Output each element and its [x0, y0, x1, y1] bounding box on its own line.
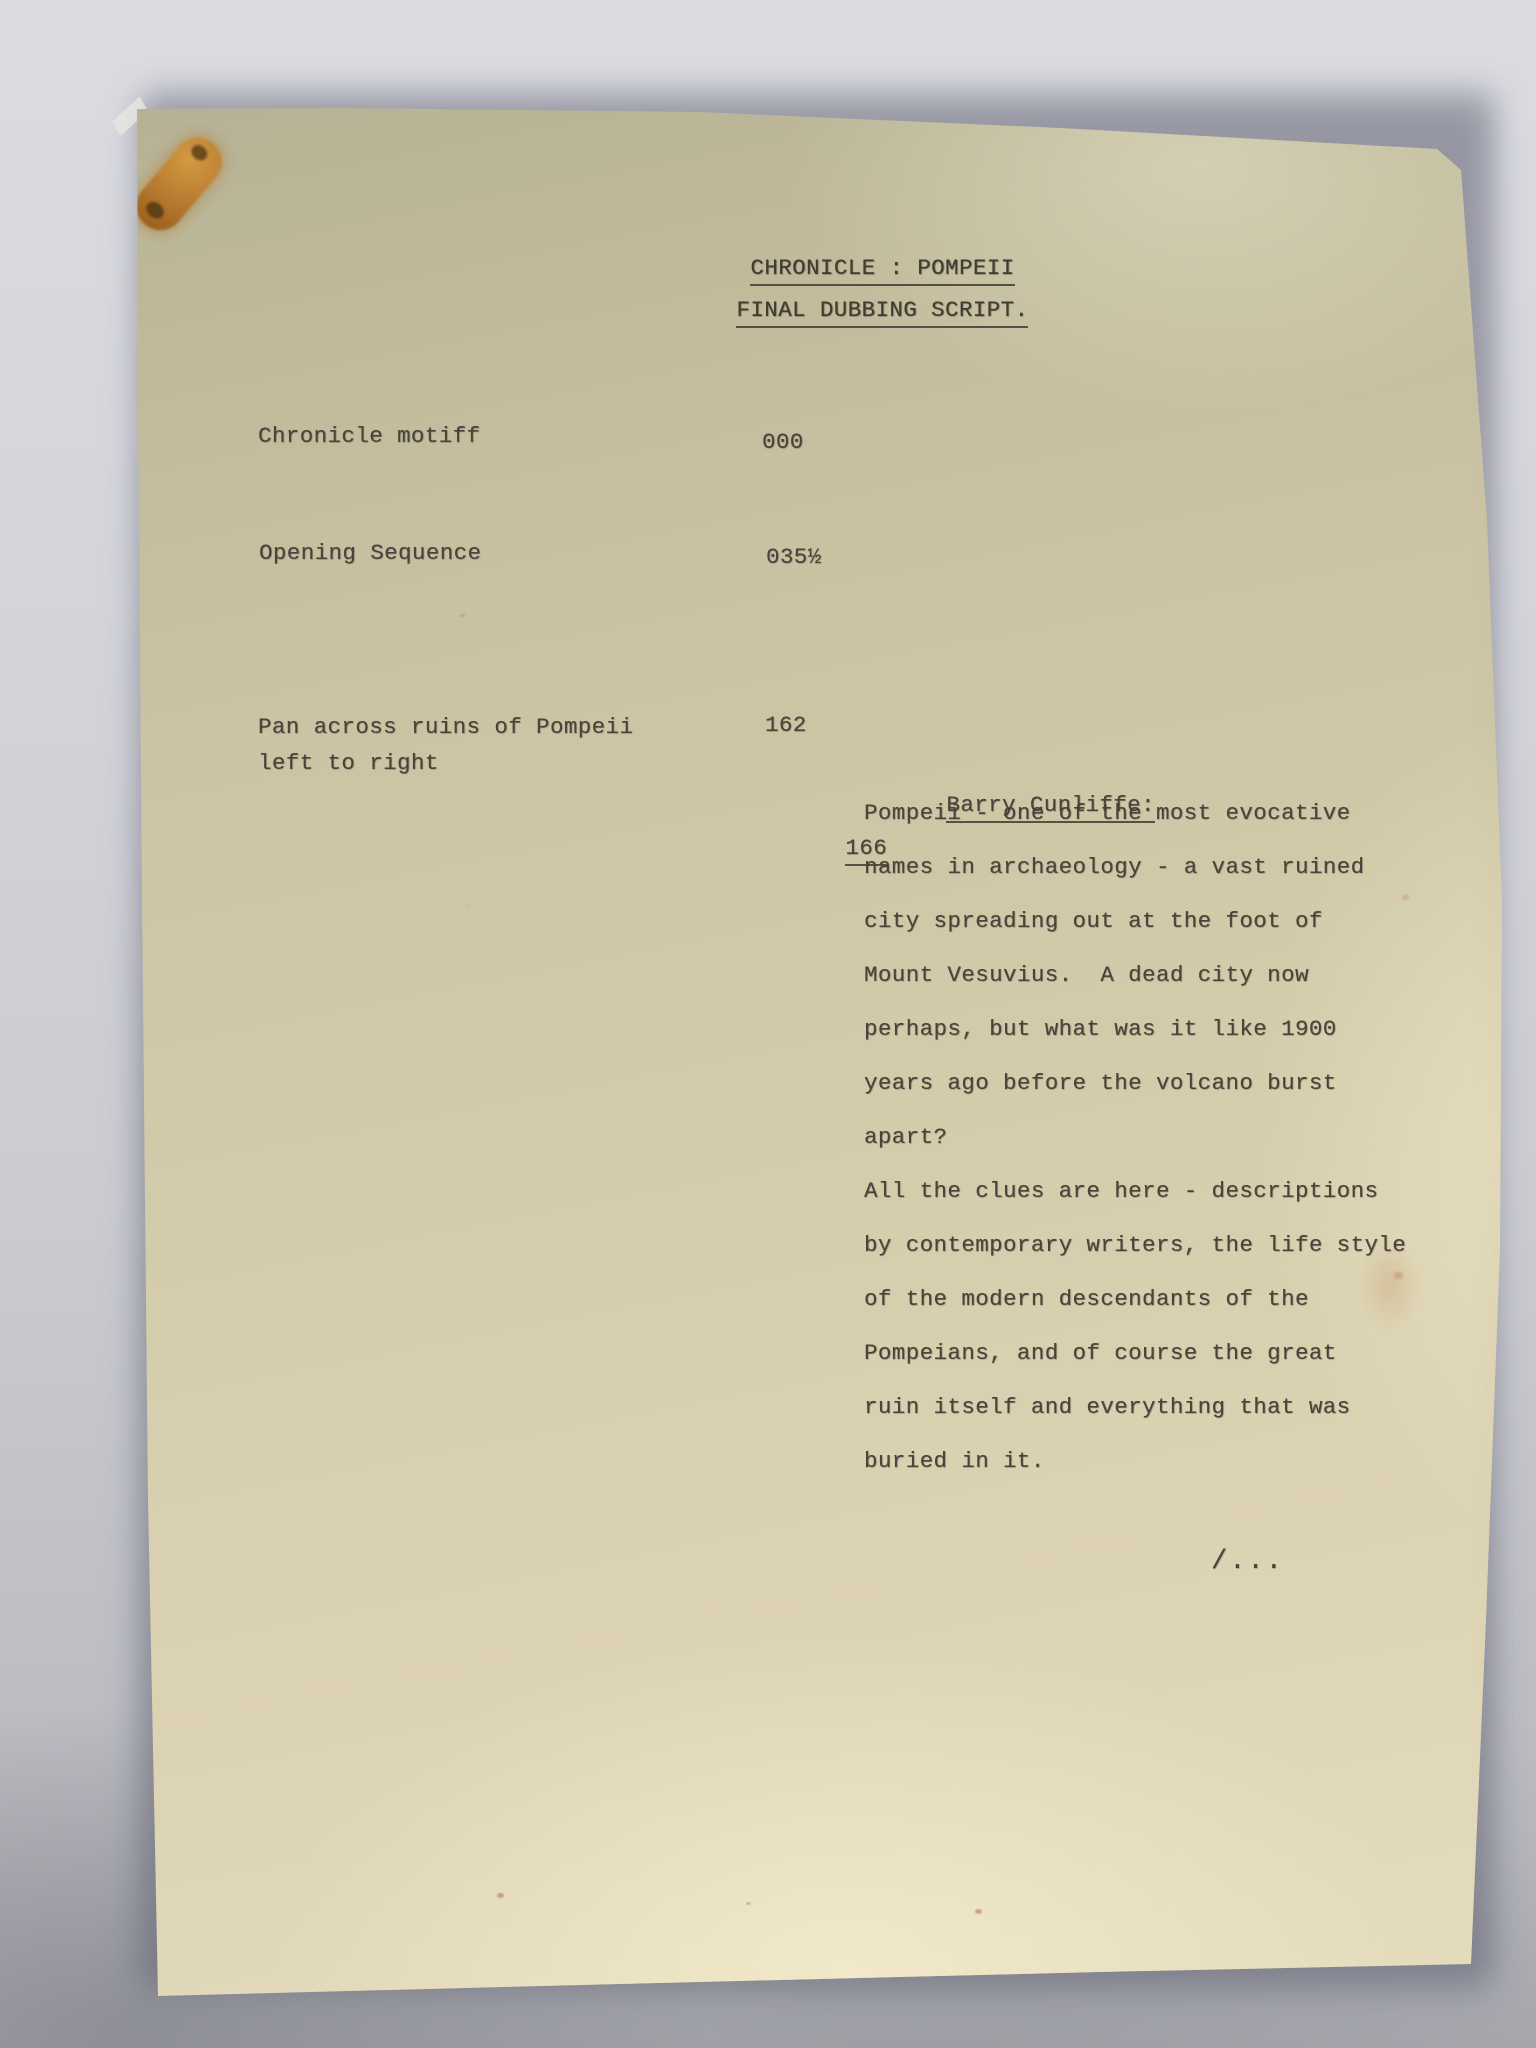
- cue-description-line1: Pan across ruins of Pompeii: [258, 714, 633, 740]
- cue-description: Opening Sequence: [259, 539, 481, 567]
- page-continuation-mark: /...: [1211, 1548, 1284, 1576]
- document-subtitle-text: FINAL DUBBING SCRIPT.: [736, 297, 1028, 328]
- cue-description: Pan across ruins of Pompeiileft to right: [258, 709, 633, 781]
- cue-description-line2: left to right: [258, 750, 439, 776]
- dialogue-line: ruin itself and everything that was: [864, 1394, 1424, 1448]
- photo-background: CHRONICLE : POMPEII FINAL DUBBING SCRIPT…: [0, 0, 1536, 2048]
- rust-stain: [127, 128, 232, 240]
- cue-timecode: 000: [762, 428, 804, 456]
- cue-timecode: 162: [765, 711, 807, 739]
- dialogue-block: Pompeii - one of the most evocative name…: [864, 800, 1424, 1502]
- dialogue-line: years ago before the volcano burst: [864, 1070, 1424, 1124]
- cue-timecode: 035½: [766, 543, 822, 571]
- dialogue-line: buried in it.: [864, 1448, 1424, 1502]
- dialogue-line: All the clues are here - descriptions: [864, 1178, 1424, 1232]
- dialogue-line: apart?: [864, 1124, 1424, 1178]
- dialogue-line: of the modern descendants of the: [864, 1286, 1424, 1340]
- dialogue-line: Pompeians, and of course the great: [864, 1340, 1424, 1394]
- dialogue-line: city spreading out at the foot of: [864, 908, 1424, 962]
- script-page: CHRONICLE : POMPEII FINAL DUBBING SCRIPT…: [0, 0, 1536, 2048]
- dialogue-line: Pompeii - one of the most evocative: [864, 800, 1424, 854]
- foxing-spots: [497, 1893, 504, 1898]
- dialogue-line: Mount Vesuvius. A dead city now: [864, 962, 1424, 1016]
- cue-description: Chronicle motiff: [258, 422, 480, 450]
- dialogue-line: names in archaeology - a vast ruined: [864, 854, 1424, 908]
- dialogue-line: by contemporary writers, the life style: [864, 1232, 1424, 1286]
- document-subtitle: FINAL DUBBING SCRIPT.: [653, 268, 1028, 352]
- dialogue-line: perhaps, but what was it like 1900: [864, 1016, 1424, 1070]
